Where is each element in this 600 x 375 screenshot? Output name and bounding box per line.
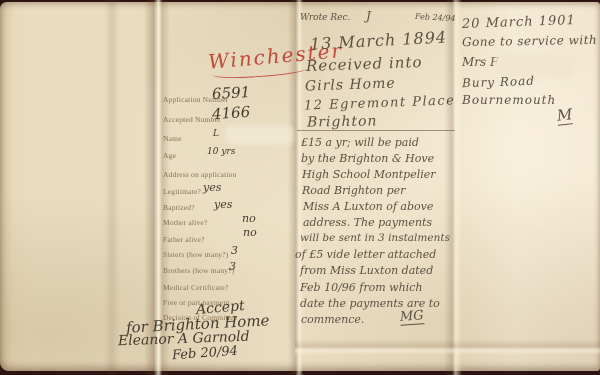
fold-crease [295,339,600,355]
note-line: will be sent in 3 instalments [300,232,450,244]
form-field-label: Age [163,151,176,160]
form-field-label: Name [163,134,182,143]
note-line: Feb 10/96 from which [300,281,422,294]
form-field-label: Legitimate? [163,187,201,196]
redaction-patch [498,57,572,76]
form-field-value: 10 yrs [207,147,235,157]
form-field-value: 6591 [212,83,251,103]
form-field-label: Father alive? [163,235,205,244]
fold-crease [104,0,120,375]
form-field-value: 3 [231,244,238,257]
form-field-value: 3 [229,260,236,273]
form-field-label: Address on application [163,170,237,179]
note-line: Brighton [307,113,378,130]
note-line: Girls Home [305,75,396,94]
note-header-mark: J [366,9,371,23]
note-line: of £5 vide letter attached [295,248,436,261]
form-field-value: yes [214,198,232,211]
note-header: Wrote Rec. [300,13,350,23]
form-field-label: Sisters (how many?) [163,250,228,259]
clerk-initials: MG [399,308,424,326]
outcome-line: Bury Road [462,74,535,91]
note-line: address. The payments [303,216,432,229]
fold-crease [444,0,462,375]
section-divider-line [297,130,455,131]
form-field-value: yes [203,181,221,194]
note-line: High School Montpelier [302,168,436,181]
form-field-value: L [213,129,219,139]
form-field-label: Baptized? [163,203,195,212]
note-line: Miss A Luxton of above [303,200,433,213]
outcome-line: Gone to service with [462,33,597,49]
note-line: from Miss Luxton dated [300,264,433,277]
note-line: £15 a yr; will be paid [301,136,419,149]
note-line: by the Brighton & Hove [301,152,434,165]
form-field-label: Medical Certificate? [163,283,228,292]
clerk-initials: M [556,105,573,126]
form-field-value: no [242,212,256,225]
redaction-patch [228,128,290,142]
form-field-label: Brothers (how many?) [163,266,234,275]
outcome-line: Mrs F. [462,55,500,69]
form-field-label: Mother alive? [163,218,207,227]
scanned-record-card: Winchester Application Number 6591 Accep… [0,0,600,375]
note-line: Road Brighton per [302,184,405,197]
form-field-value: no [243,226,257,239]
form-field-value: 4166 [211,103,250,124]
outcome-line: Bournemouth [462,93,556,107]
note-line: commence. [301,313,364,326]
